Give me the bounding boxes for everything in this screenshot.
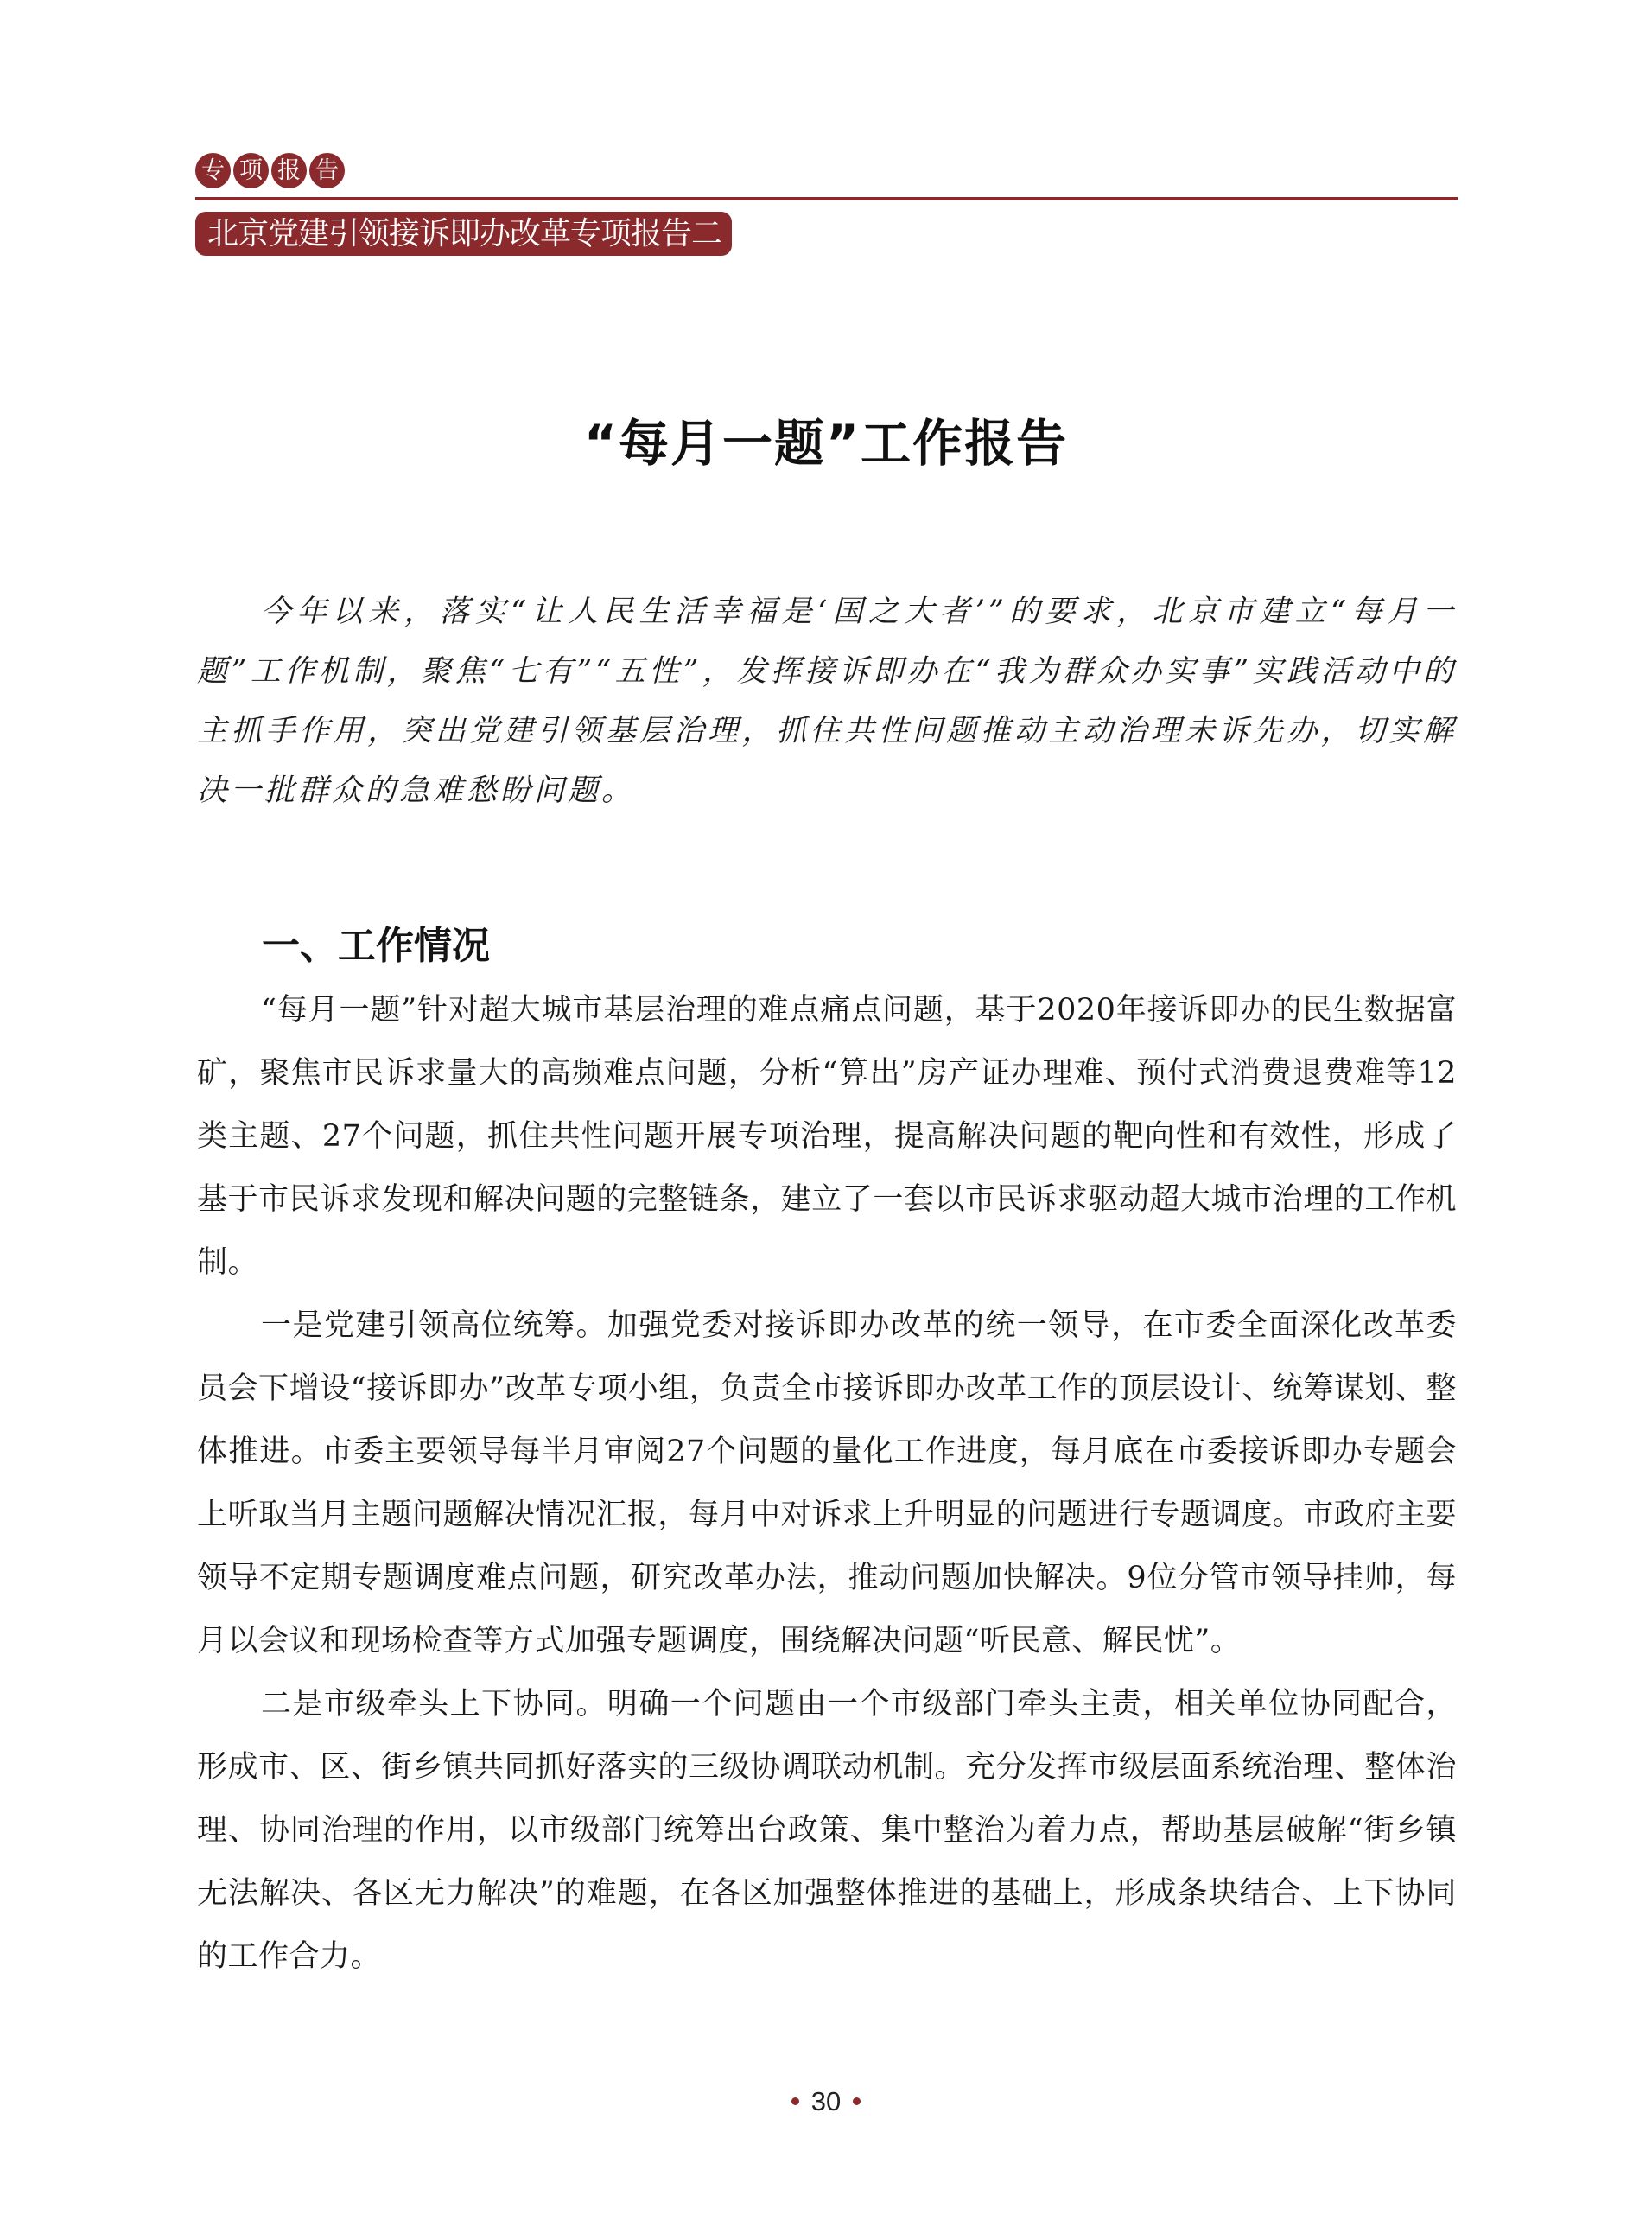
- section-heading: 一、工作情况: [262, 920, 490, 972]
- intro-section: 今年以来，落实“让人民生活幸福是‘国之大者’”的要求，北京市建立“每月一题”工作…: [197, 582, 1457, 821]
- body-paragraph: “每月一题”针对超大城市基层治理的难点痛点问题，基于2020年接诉即办的民生数据…: [197, 979, 1457, 1295]
- bullet-dot-icon: [791, 2097, 799, 2105]
- badge-char: 项: [233, 153, 269, 188]
- body-paragraph: 一是党建引领高位统筹。加强党委对接诉即办改革的统一领导，在市委全面深化改革委员会…: [197, 1295, 1457, 1673]
- page-number-footer: 30: [0, 2084, 1652, 2119]
- body-section: “每月一题”针对超大城市基层治理的难点痛点问题，基于2020年接诉即办的民生数据…: [197, 979, 1457, 1989]
- section-badge-group: 专 项 报 告: [195, 153, 345, 188]
- body-paragraph: 二是市级牵头上下协同。明确一个问题由一个市级部门牵头主责，相关单位协同配合，形成…: [197, 1673, 1457, 1989]
- badge-char: 报: [271, 153, 307, 188]
- badge-char: 专: [195, 153, 231, 188]
- intro-paragraph: 今年以来，落实“让人民生活幸福是‘国之大者’”的要求，北京市建立“每月一题”工作…: [197, 582, 1457, 821]
- badge-char: 告: [309, 153, 345, 188]
- series-banner: 北京党建引领接诉即办改革专项报告二: [195, 212, 732, 256]
- header-divider: [195, 197, 1458, 200]
- bullet-dot-icon: [853, 2097, 861, 2105]
- page-number: 30: [811, 2086, 841, 2116]
- page-title: “每月一题”工作报告: [0, 412, 1652, 474]
